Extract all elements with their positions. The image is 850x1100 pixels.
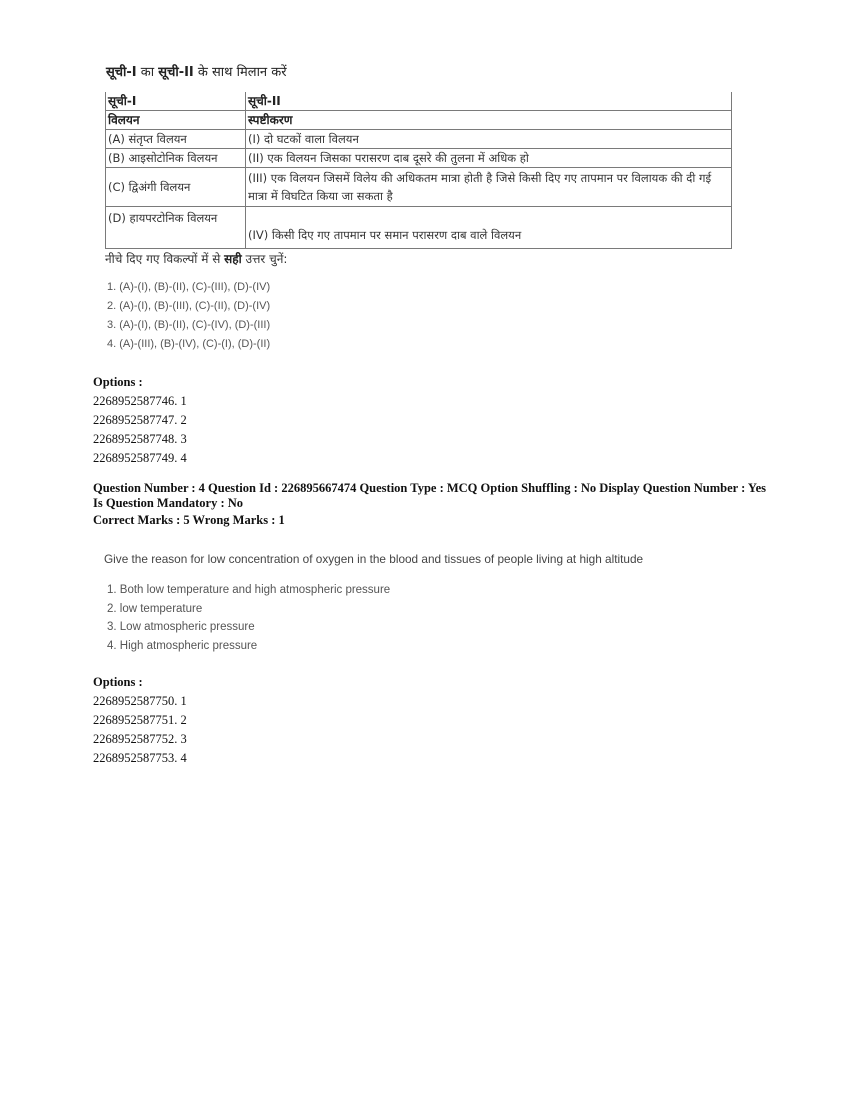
table-subheader-row: विलयन स्पष्टीकरण	[106, 111, 732, 130]
table-header-list2: सूची-II	[246, 92, 732, 111]
question4-text: Give the reason for low concentration of…	[104, 552, 643, 566]
question-title: सूची-I का सूची-II के साथ मिलान करें	[106, 62, 287, 80]
table-subheader-solution: विलयन	[106, 111, 246, 130]
option-item: 2268952587751. 2	[93, 711, 187, 730]
table-cell: (IV) किसी दिए गए तापमान पर समान परासरण द…	[246, 207, 732, 249]
option-item: 2268952587749. 4	[93, 449, 187, 468]
table-cell: (I) दो घटकों वाला विलयन	[246, 130, 732, 149]
instruction-part: उत्तर चुनें:	[242, 252, 288, 266]
option-item: 2268952587753. 4	[93, 749, 187, 768]
choice-item: 2. low temperature	[107, 600, 390, 619]
question3-choices: 1. (A)-(I), (B)-(II), (C)-(III), (D)-(IV…	[107, 278, 270, 354]
option-item: 2268952587748. 3	[93, 430, 187, 449]
choice-item: 1. Both low temperature and high atmosph…	[107, 581, 390, 600]
question4-options: Options : 2268952587750. 1 2268952587751…	[93, 673, 187, 768]
table-row: (C) द्विअंगी विलयन (III) एक विलयन जिसमें…	[106, 168, 732, 207]
choice-item: 4. High atmospheric pressure	[107, 637, 390, 656]
table-cell: (D) हायपरटोनिक विलयन	[106, 207, 246, 249]
table-subheader-explanation: स्पष्टीकरण	[246, 111, 732, 130]
choose-instruction: नीचे दिए गए विकल्पों में से सही उत्तर चु…	[105, 250, 287, 267]
instruction-part: सही	[224, 252, 242, 266]
option-item: 2268952587750. 1	[93, 692, 187, 711]
question-meta-line: Question Number : 4 Question Id : 226895…	[93, 481, 773, 511]
table-header-list1: सूची-I	[106, 92, 246, 111]
table-cell: (C) द्विअंगी विलयन	[106, 168, 246, 207]
title-part: का	[137, 65, 159, 80]
question4-choices: 1. Both low temperature and high atmosph…	[107, 581, 390, 655]
options-label: Options :	[93, 673, 187, 692]
table-cell: (B) आइसोटोनिक विलयन	[106, 149, 246, 168]
instruction-part: नीचे दिए गए विकल्पों में से	[105, 252, 224, 266]
title-part: के साथ मिलान करें	[194, 65, 287, 80]
table-cell: (II) एक विलयन जिसका परासरण दाब दूसरे की …	[246, 149, 732, 168]
match-table: सूची-I सूची-II विलयन स्पष्टीकरण (A) संतृ…	[105, 92, 732, 249]
table-header-row: सूची-I सूची-II	[106, 92, 732, 111]
title-part: सूची-II	[158, 65, 193, 80]
choice-item: 4. (A)-(III), (B)-(IV), (C)-(I), (D)-(II…	[107, 335, 270, 354]
table-cell: (III) एक विलयन जिसमें विलेय की अधिकतम मा…	[246, 168, 732, 207]
option-item: 2268952587746. 1	[93, 392, 187, 411]
table-cell: (A) संतृप्त विलयन	[106, 130, 246, 149]
choice-item: 3. (A)-(I), (B)-(II), (C)-(IV), (D)-(III…	[107, 316, 270, 335]
choice-item: 3. Low atmospheric pressure	[107, 618, 390, 637]
option-item: 2268952587752. 3	[93, 730, 187, 749]
choice-item: 1. (A)-(I), (B)-(II), (C)-(III), (D)-(IV…	[107, 278, 270, 297]
choice-item: 2. (A)-(I), (B)-(III), (C)-(II), (D)-(IV…	[107, 297, 270, 316]
table-row: (B) आइसोटोनिक विलयन (II) एक विलयन जिसका …	[106, 149, 732, 168]
table-row: (D) हायपरटोनिक विलयन (IV) किसी दिए गए ता…	[106, 207, 732, 249]
option-item: 2268952587747. 2	[93, 411, 187, 430]
options-label: Options :	[93, 373, 187, 392]
question3-options: Options : 2268952587746. 1 2268952587747…	[93, 373, 187, 468]
title-part: सूची-I	[106, 65, 137, 80]
marks-line: Correct Marks : 5 Wrong Marks : 1	[93, 513, 773, 528]
question4-meta: Question Number : 4 Question Id : 226895…	[93, 481, 773, 528]
table-row: (A) संतृप्त विलयन (I) दो घटकों वाला विलय…	[106, 130, 732, 149]
